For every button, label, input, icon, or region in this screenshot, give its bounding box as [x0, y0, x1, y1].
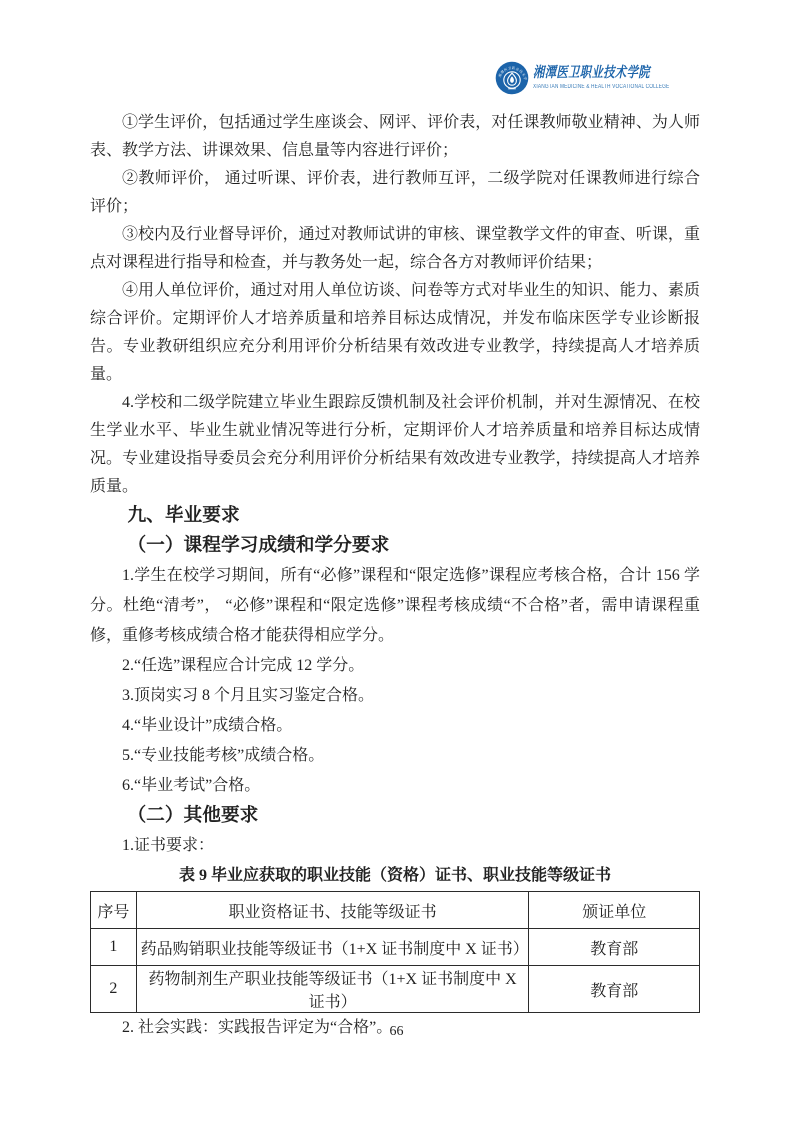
eval-paragraph-feedback: 4.学校和二级学院建立毕业生跟踪反馈机制及社会评价机制，并对生源情况、在校生学业… [90, 389, 700, 501]
college-name-chinese: 湘潭医卫职业技术学院 [533, 65, 666, 82]
grad-item-6: 6.“毕业考试”合格。 [90, 771, 700, 801]
table-row: 1 药品购销职业技能等级证书（1+X 证书制度中 X 证书） 教育部 [91, 929, 700, 966]
cell-issuer: 教育部 [529, 966, 700, 1013]
page-number: 66 [0, 1024, 793, 1040]
section-heading-graduation: 九、毕业要求 [90, 501, 700, 531]
certificate-intro: 1.证书要求： [90, 831, 700, 861]
subsection-heading-credits: （一）课程学习成绩和学分要求 [90, 531, 700, 561]
eval-paragraph-supervision: ③校内及行业督导评价，通过对教师试讲的审核、课堂教学文件的审查、听课，重点对课程… [90, 221, 700, 277]
grad-item-3: 3.顶岗实习 8 个月且实习鉴定合格。 [90, 681, 700, 711]
cell-certificate: 药物制剂生产职业技能等级证书（1+X 证书制度中 X 证书） [136, 966, 529, 1013]
college-name-block: 湘潭医卫职业技术学院 XIANGTAN MEDICINE & HEALTH VO… [533, 65, 703, 91]
certificates-table: 序号 职业资格证书、技能等级证书 颁证单位 1 药品购销职业技能等级证书（1+X… [90, 891, 700, 1013]
grad-item-5: 5.“专业技能考核”成绩合格。 [90, 741, 700, 771]
college-seal-icon: 湘潭医卫职业技术学院 [495, 61, 529, 95]
college-logo: 湘潭医卫职业技术学院 湘潭医卫职业技术学院 XIANGTAN MEDICINE … [495, 61, 703, 95]
grad-item-1: 1.学生在校学习期间，所有“必修”课程和“限定选修”课程应考核合格，合计 156… [90, 561, 700, 651]
eval-paragraph-employer: ④用人单位评价，通过对用人单位访谈、问卷等方式对毕业生的知识、能力、素质综合评价… [90, 277, 700, 389]
header-cell-certificate: 职业资格证书、技能等级证书 [136, 892, 529, 929]
cell-index: 2 [91, 966, 137, 1013]
table-caption: 表 9 毕业应获取的职业技能（资格）证书、职业技能等级证书 [90, 861, 700, 891]
grad-item-2: 2.“任选”课程应合计完成 12 学分。 [90, 651, 700, 681]
eval-paragraph-student: ①学生评价，包括通过学生座谈会、网评、评价表，对任课教师敬业精神、为人师表、教学… [90, 109, 700, 165]
document-page: 湘潭医卫职业技术学院 湘潭医卫职业技术学院 XIANGTAN MEDICINE … [0, 0, 793, 1122]
cell-index: 1 [91, 929, 137, 966]
cell-issuer: 教育部 [529, 929, 700, 966]
college-name-english: XIANGTAN MEDICINE & HEALTH VOCATIONAL CO… [533, 83, 669, 91]
grad-item-4: 4.“毕业设计”成绩合格。 [90, 711, 700, 741]
table-row: 2 药物制剂生产职业技能等级证书（1+X 证书制度中 X 证书） 教育部 [91, 966, 700, 1013]
eval-paragraph-teacher: ②教师评价， 通过听课、评价表，进行教师互评，二级学院对任课教师进行综合评价； [90, 165, 700, 221]
subsection-heading-other: （二）其他要求 [90, 801, 700, 831]
header-cell-issuer: 颁证单位 [529, 892, 700, 929]
cell-certificate: 药品购销职业技能等级证书（1+X 证书制度中 X 证书） [136, 929, 529, 966]
document-body: ①学生评价，包括通过学生座谈会、网评、评价表，对任课教师敬业精神、为人师表、教学… [90, 109, 700, 1043]
table-header-row: 序号 职业资格证书、技能等级证书 颁证单位 [91, 892, 700, 929]
header-cell-index: 序号 [91, 892, 137, 929]
